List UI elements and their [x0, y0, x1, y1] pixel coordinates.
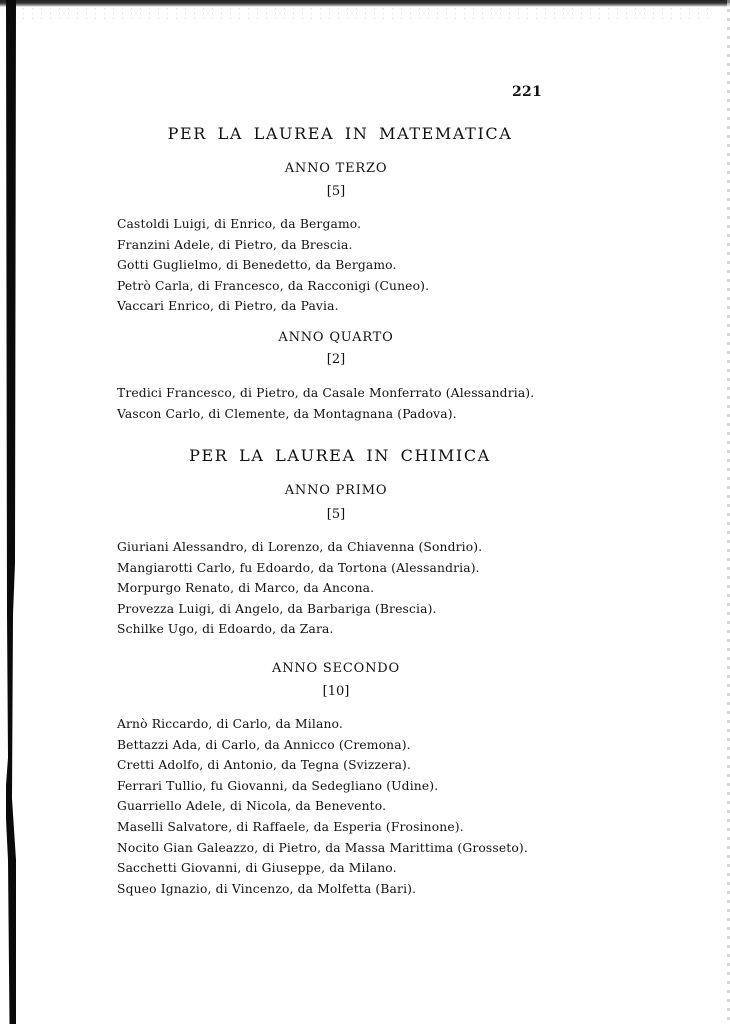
- list-item: Nocito Gian Galeazzo, di Pietro, da Mass…: [117, 838, 528, 859]
- student-count: [5]: [0, 507, 672, 522]
- list-item: Ferrari Tullio, fu Giovanni, da Sedeglia…: [117, 776, 528, 797]
- list-item: Vascon Carlo, di Clemente, da Montagnana…: [117, 404, 534, 425]
- list-item: Petrò Carla, di Francesco, da Racconigi …: [117, 276, 429, 297]
- list-item: Bettazzi Ada, di Carlo, da Annicco (Crem…: [117, 735, 528, 756]
- student-list-matematica-quarto: Tredici Francesco, di Pietro, da Casale …: [117, 383, 534, 424]
- list-item: Morpurgo Renato, di Marco, da Ancona.: [117, 578, 482, 599]
- list-item: Maselli Salvatore, di Raffaele, da Esper…: [117, 817, 528, 838]
- student-count: [2]: [0, 352, 672, 367]
- student-list-chimica-primo: Giuriani Alessandro, di Lorenzo, da Chia…: [117, 537, 482, 640]
- list-item: Squeo Ignazio, di Vincenzo, da Molfetta …: [117, 879, 528, 900]
- list-item: Vaccari Enrico, di Pietro, da Pavia.: [117, 296, 429, 317]
- list-item: Schilke Ugo, di Edoardo, da Zara.: [117, 619, 482, 640]
- list-item: Giuriani Alessandro, di Lorenzo, da Chia…: [117, 537, 482, 558]
- list-item: Provezza Luigi, di Angelo, da Barbariga …: [117, 599, 482, 620]
- list-item: Sacchetti Giovanni, di Giuseppe, da Mila…: [117, 858, 528, 879]
- list-item: Mangiarotti Carlo, fu Edoardo, da Torton…: [117, 558, 482, 579]
- scan-noise: [10, 6, 710, 20]
- student-list-matematica-terzo: Castoldi Luigi, di Enrico, da Bergamo. F…: [117, 214, 429, 317]
- list-item: Franzini Adele, di Pietro, da Brescia.: [117, 235, 429, 256]
- year-title-secondo: ANNO SECONDO: [0, 661, 672, 676]
- student-count: [5]: [0, 184, 672, 199]
- list-item: Arnò Riccardo, di Carlo, da Milano.: [117, 714, 528, 735]
- year-title-quarto: ANNO QUARTO: [0, 330, 672, 345]
- section-title-matematica: PER LA LAUREA IN MATEMATICA: [0, 124, 680, 143]
- student-list-chimica-secondo: Arnò Riccardo, di Carlo, da Milano. Bett…: [117, 714, 528, 899]
- list-item: Tredici Francesco, di Pietro, da Casale …: [117, 383, 534, 404]
- list-item: Gotti Guglielmo, di Benedetto, da Bergam…: [117, 255, 429, 276]
- year-title-primo: ANNO PRIMO: [0, 483, 672, 498]
- list-item: Castoldi Luigi, di Enrico, da Bergamo.: [117, 214, 429, 235]
- student-count: [10]: [0, 684, 672, 699]
- page-number: 221: [512, 84, 542, 100]
- list-item: Guarriello Adele, di Nicola, da Benevent…: [117, 796, 528, 817]
- list-item: Cretti Adolfo, di Antonio, da Tegna (Svi…: [117, 755, 528, 776]
- year-title-terzo: ANNO TERZO: [0, 161, 672, 176]
- section-title-chimica: PER LA LAUREA IN CHIMICA: [0, 446, 680, 465]
